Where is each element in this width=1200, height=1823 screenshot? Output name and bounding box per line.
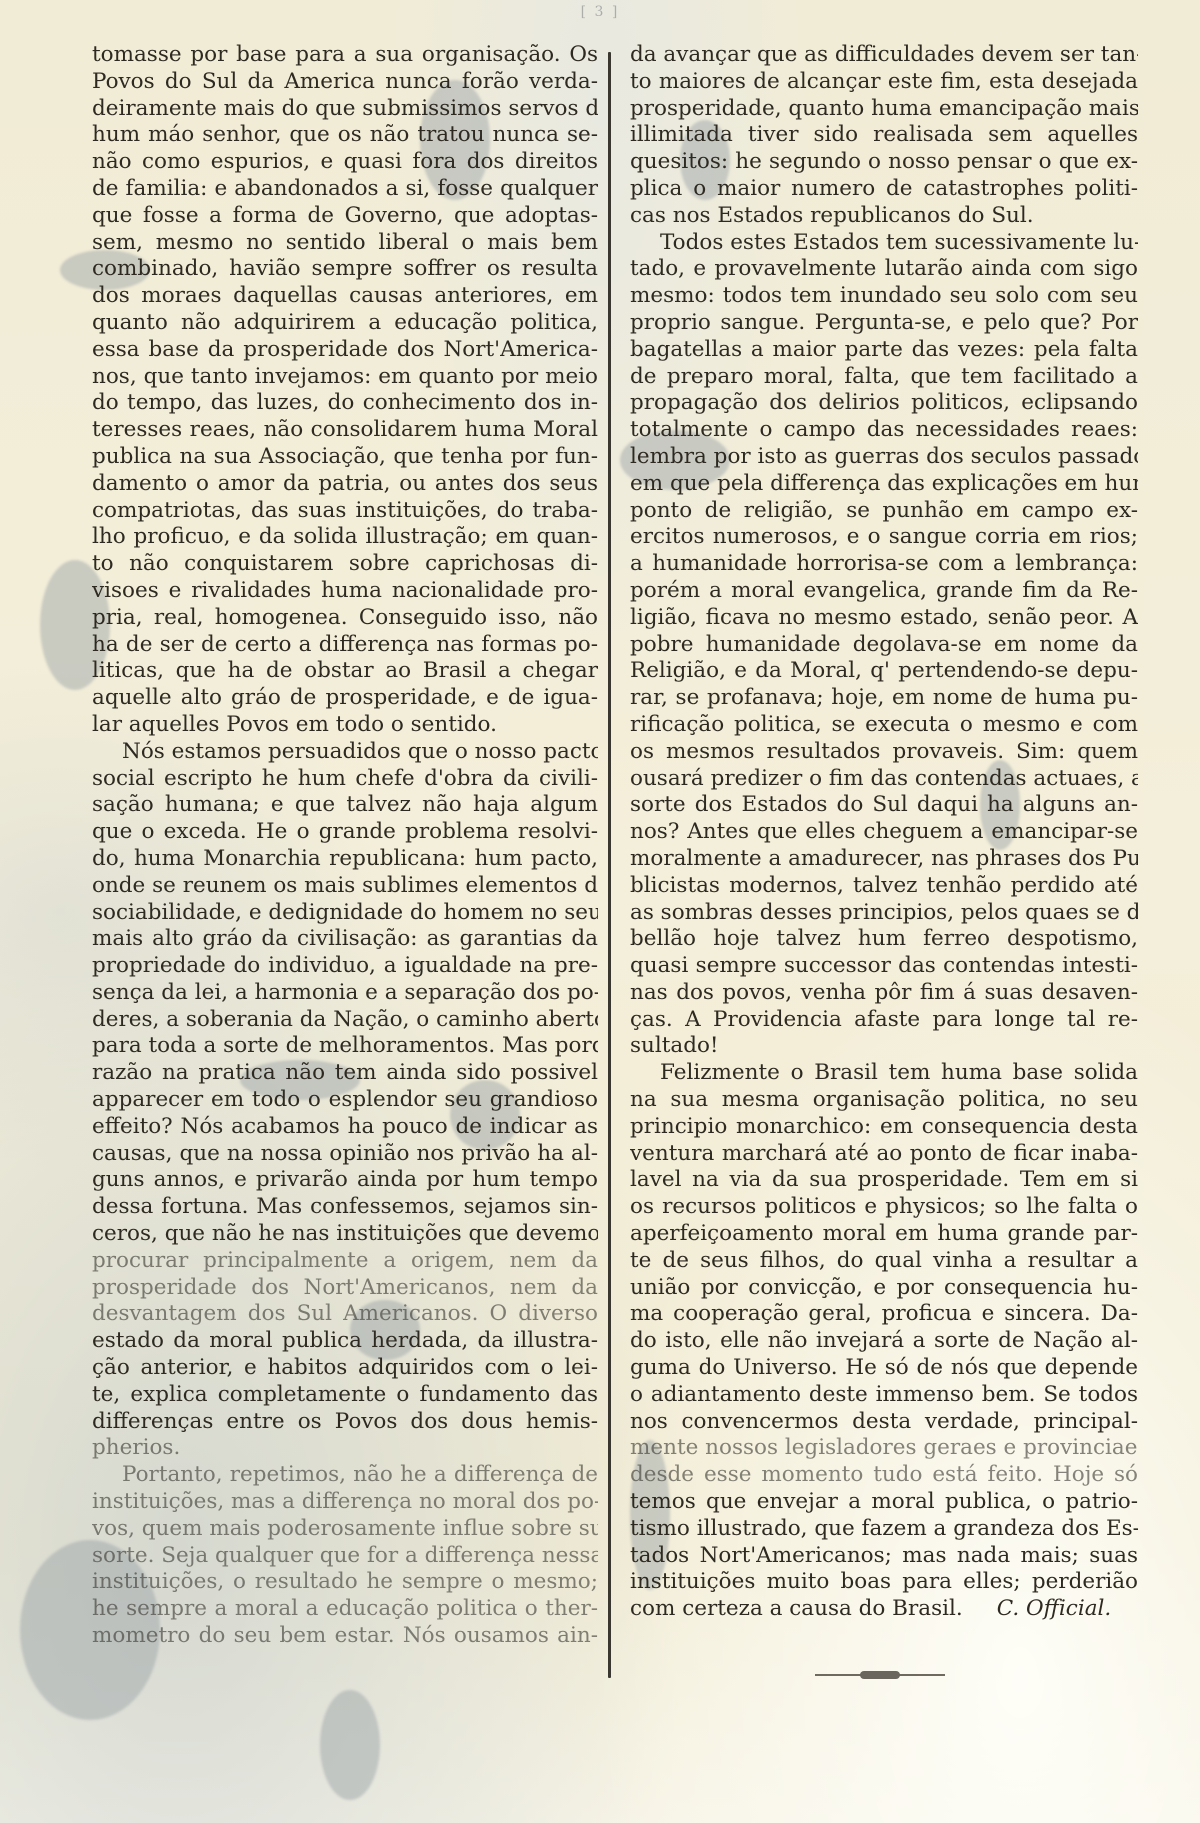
text-line: mesmo: todos tem inundado seu solo com s… — [630, 283, 1138, 310]
text-line: quesitos: he segundo o nosso pensar o qu… — [630, 149, 1138, 176]
text-line: tado, e provavelmente lutarão ainda com … — [630, 256, 1138, 283]
text-line: desde esse momento tudo está feito. Hoje… — [630, 1462, 1138, 1489]
text-line: aperfeiçoamento moral em huma grande par… — [630, 1221, 1138, 1248]
text-line: lavel na via da sua prosperidade. Tem em… — [630, 1167, 1138, 1194]
text-line: blicistas modernos, talvez tenhão perdid… — [630, 873, 1138, 900]
text-line: de familia: e abandonados a si, fosse qu… — [92, 176, 598, 203]
text-line: moralmente a amadurecer, nas phrases dos… — [630, 846, 1138, 873]
text-line: sem, mesmo no sentido liberal o mais bem — [92, 230, 598, 257]
text-line: ousará predizer o fim das contendas actu… — [630, 766, 1138, 793]
text-line: Povos do Sul da America nunca forão verd… — [92, 69, 598, 96]
text-line: hum máo senhor, que os não tratou nunca … — [92, 122, 598, 149]
text-line: effeito? Nós acabamos ha pouco de indica… — [92, 1114, 598, 1141]
text-line: os recursos politicos e physicos; so lhe… — [630, 1194, 1138, 1221]
text-line: a humanidade horrorisa-se com a lembranç… — [630, 551, 1138, 578]
text-line: plica o maior numero de catastrophes pol… — [630, 176, 1138, 203]
text-line: te, explica completamente o fundamento d… — [92, 1382, 598, 1409]
text-line: to maiores de alcançar este fim, esta de… — [630, 69, 1138, 96]
text-line: ercitos numerosos, e o sangue corria em … — [630, 524, 1138, 551]
text-line: te de seus filhos, do qual vinha a resul… — [630, 1248, 1138, 1275]
text-line: guma do Universo. He só de nós que depen… — [630, 1355, 1138, 1382]
text-line: temos que envejar a moral publica, o pat… — [630, 1489, 1138, 1516]
text-line: publica na sua Associação, que tenha por… — [92, 444, 598, 471]
text-line: essa base da prosperidade dos Nort'Ameri… — [92, 337, 598, 364]
text-line: que fosse a forma de Governo, que adopta… — [92, 203, 598, 230]
text-line: Religião, e da Moral, q' pertendendo-se … — [630, 658, 1138, 685]
text-line: pherios. — [92, 1435, 598, 1462]
text-line: estado da moral publica herdada, da illu… — [92, 1328, 598, 1355]
text-line: prosperidade, quanto huma emancipação ma… — [630, 96, 1138, 123]
text-line: pobre humanidade degolava-se em nome da — [630, 632, 1138, 659]
text-line: porém a moral evangelica, grande fim da … — [630, 578, 1138, 605]
text-line: guns annos, e privarão ainda por hum tem… — [92, 1167, 598, 1194]
text-line: tismo illustrado, que fazem a grandeza d… — [630, 1516, 1138, 1543]
text-line: bellão hoje talvez hum ferreo despotismo… — [630, 926, 1138, 953]
text-line: Felizmente o Brasil tem huma base solida — [630, 1060, 1138, 1087]
closing-ornament-rule — [815, 1672, 945, 1678]
text-line: nos convencermos desta verdade, principa… — [630, 1409, 1138, 1436]
text-line: onde se reunem os mais sublimes elemento… — [92, 873, 598, 900]
text-line: cas nos Estados republicanos do Sul. — [630, 203, 1138, 230]
page-number-mark: [ 3 ] — [570, 4, 630, 20]
newspaper-page: [ 3 ] tomasse por base para a sua organi… — [0, 0, 1200, 1823]
text-line: illimitada tiver sido realisada sem aque… — [630, 122, 1138, 149]
text-line: em que pela differença das explicações e… — [630, 471, 1138, 498]
text-line: nas dos povos, venha pôr fim á suas desa… — [630, 980, 1138, 1007]
text-line: propagação dos delirios politicos, eclip… — [630, 390, 1138, 417]
text-line: de preparo moral, falta, que tem facilit… — [630, 364, 1138, 391]
text-line: sação humana; e que talvez não haja algu… — [92, 792, 598, 819]
ornament-knot — [860, 1671, 900, 1679]
text-line: teresses reaes, não consolidarem huma Mo… — [92, 417, 598, 444]
text-line: união por convicção, e por consequencia … — [630, 1275, 1138, 1302]
text-line: mometro do seu bem estar. Nós ousamos ai… — [92, 1623, 598, 1650]
text-line: mente nossos legisladores geraes e provi… — [630, 1435, 1138, 1462]
column-divider-rule — [608, 52, 611, 1678]
text-line: sorte. Seja qualquer que for a differenç… — [92, 1543, 598, 1570]
right-text-column: da avançar que as difficuldades devem se… — [630, 42, 1138, 1623]
text-line: Portanto, repetimos, não he a differença… — [92, 1462, 598, 1489]
text-line: as sombras desses principios, pelos quae… — [630, 900, 1138, 927]
left-text-column: tomasse por base para a sua organisação.… — [92, 42, 598, 1650]
text-line: Nós estamos persuadidos que o nosso pact… — [92, 739, 598, 766]
text-line: lembra por isto as guerras dos seculos p… — [630, 444, 1138, 471]
text-line: rificação politica, se executa o mesmo e… — [630, 712, 1138, 739]
text-line: totalmente o campo das necessidades reae… — [630, 417, 1138, 444]
text-line: do, huma Monarchia republicana: hum pact… — [92, 846, 598, 873]
text-line: que o exceda. He o grande problema resol… — [92, 819, 598, 846]
text-line: desvantagem dos Sul Americanos. O divers… — [92, 1301, 598, 1328]
text-line: nos? Antes que elles cheguem a emancipar… — [630, 819, 1138, 846]
text-line: ventura marchará até ao ponto de ficar i… — [630, 1141, 1138, 1168]
text-line: liticas, que ha de obstar ao Brasil a ch… — [92, 658, 598, 685]
text-line: para toda a sorte de melhoramentos. Mas … — [92, 1033, 598, 1060]
text-line: instituições, o resultado he sempre o me… — [92, 1569, 598, 1596]
text-line: ças. A Providencia afaste para longe tal… — [630, 1007, 1138, 1034]
text-line: na sua mesma organisação politica, no se… — [630, 1087, 1138, 1114]
text-line: prosperidade dos Nort'Americanos, nem da — [92, 1275, 598, 1302]
text-line: to não conquistarem sobre caprichosas di… — [92, 551, 598, 578]
text-line: ponto de religião, se punhão em campo ex… — [630, 498, 1138, 525]
text-line: quanto não adquirirem a educação politic… — [92, 310, 598, 337]
text-line: o adiantamento deste immenso bem. Se tod… — [630, 1382, 1138, 1409]
author-signature: C. Official. — [997, 1596, 1112, 1621]
text-line: não como espurios, e quasi fora dos dire… — [92, 149, 598, 176]
text-line: sultado! — [630, 1033, 1138, 1060]
water-stain — [320, 1690, 380, 1800]
text-line: tomasse por base para a sua organisação.… — [92, 42, 598, 69]
text-line: pria, real, homogenea. Conseguido isso, … — [92, 605, 598, 632]
text-line: proprio sangue. Pergunta-se, e pelo que?… — [630, 310, 1138, 337]
text-line: ção anterior, e habitos adquiridos com o… — [92, 1355, 598, 1382]
text-line: mais alto gráo da civilisação: as garant… — [92, 926, 598, 953]
text-line: instituições muito boas para elles; perd… — [630, 1569, 1138, 1596]
closing-line: com certeza a causa do Brasil.C. Officia… — [630, 1596, 1138, 1623]
closing-text: com certeza a causa do Brasil. — [630, 1596, 963, 1621]
text-line: os mesmos resultados provaveis. Sim: que… — [630, 739, 1138, 766]
text-line: ha de ser de certo a differença nas form… — [92, 632, 598, 659]
text-line: he sempre a moral a educação politica o … — [92, 1596, 598, 1623]
text-line: sorte dos Estados do Sul daqui ha alguns… — [630, 792, 1138, 819]
text-line: da avançar que as difficuldades devem se… — [630, 42, 1138, 69]
text-line: lar aquelles Povos em todo o sentido. — [92, 712, 598, 739]
text-line: propriedade do individuo, a igualdade na… — [92, 953, 598, 980]
text-line: sença da lei, a harmonia e a separação d… — [92, 980, 598, 1007]
text-line: procurar principalmente a origem, nem da — [92, 1248, 598, 1275]
text-line: deiramente mais do que submissimos servo… — [92, 96, 598, 123]
text-line: quasi sempre successor das contendas int… — [630, 953, 1138, 980]
text-line: nos, que tanto invejamos: em quanto por … — [92, 364, 598, 391]
text-line: Todos estes Estados tem sucessivamente l… — [630, 230, 1138, 257]
text-line: razão na pratica não tem ainda sido poss… — [92, 1060, 598, 1087]
text-line: bagatellas a maior parte das vezes: pela… — [630, 337, 1138, 364]
text-line: dessa fortuna. Mas confessemos, sejamos … — [92, 1194, 598, 1221]
text-line: differenças entre os Povos dos dous hemi… — [92, 1409, 598, 1436]
text-line: instituições, mas a differença no moral … — [92, 1489, 598, 1516]
text-line: vos, quem mais poderosamente influe sobr… — [92, 1516, 598, 1543]
text-line: dos moraes daquellas causas anteriores, … — [92, 283, 598, 310]
text-line: rar, se profanava; hoje, em nome de huma… — [630, 685, 1138, 712]
text-line: causas, que na nossa opinião nos privão … — [92, 1141, 598, 1168]
text-line: lho proficuo, e da solida illustração; e… — [92, 524, 598, 551]
text-line: tados Nort'Americanos; mas nada mais; su… — [630, 1543, 1138, 1570]
text-line: visoes e rivalidades huma nacionalidade … — [92, 578, 598, 605]
text-line: sociabilidade, e dedignidade do homem no… — [92, 900, 598, 927]
text-line: compatriotas, das suas instituições, do … — [92, 498, 598, 525]
text-line: damento o amor da patria, ou antes dos s… — [92, 471, 598, 498]
text-line: ligião, ficava no mesmo estado, senão pe… — [630, 605, 1138, 632]
text-line: ceros, que não he nas instituições que d… — [92, 1221, 598, 1248]
text-line: deres, a soberania da Nação, o caminho a… — [92, 1007, 598, 1034]
text-line: do isto, elle não invejará a sorte de Na… — [630, 1328, 1138, 1355]
text-line: social escripto he hum chefe d'obra da c… — [92, 766, 598, 793]
text-line: principio monarchico: em consequencia de… — [630, 1114, 1138, 1141]
text-line: do tempo, das luzes, do conhecimento dos… — [92, 390, 598, 417]
text-line: aquelle alto gráo de prosperidade, e de … — [92, 685, 598, 712]
text-line: combinado, havião sempre soffrer os resu… — [92, 256, 598, 283]
text-line: ma cooperação geral, proficua e sincera.… — [630, 1301, 1138, 1328]
text-line: apparecer em todo o esplendor seu grandi… — [92, 1087, 598, 1114]
